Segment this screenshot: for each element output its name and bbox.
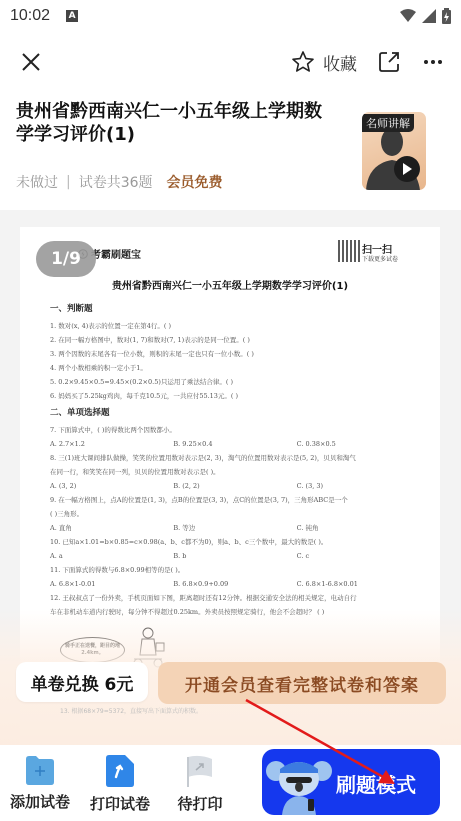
- member-free-tag: 会员免费: [167, 172, 223, 192]
- question: 11. 下面算式的得数与6.8×0.99相等的是( )。: [50, 563, 420, 577]
- scan-subtitle: 下载更多试卷: [362, 254, 398, 263]
- print-paper-label: 打印试卷: [90, 793, 150, 814]
- question: 6. 妈妈买了5.25kg鸡肉，每千克10.5元，一共应付55.13元。( ): [50, 389, 420, 403]
- print-paper-button[interactable]: 打印试卷: [85, 755, 155, 814]
- favorite-button[interactable]: 收藏: [291, 50, 357, 75]
- top-bar: 收藏: [0, 40, 461, 84]
- question: 在同一行，和笑笑在同一列，贝贝的位置用数对表示是( )。: [50, 465, 420, 479]
- question: 1. 数对(x, 4)表示的位置一定在第4行。( ): [50, 319, 420, 333]
- status-bar: 10:02 A: [0, 0, 461, 32]
- faded-question: 13. 根据68×79=5372，直接写出下面算式的积数。: [60, 705, 202, 719]
- question-count: 试卷共36题: [79, 172, 153, 192]
- practice-mode-button[interactable]: 刷题模式: [262, 749, 440, 815]
- folder-add-icon: [26, 755, 54, 785]
- play-button[interactable]: [394, 156, 420, 182]
- options: A. 直角B. 等边C. 钝角: [50, 521, 420, 535]
- pending-print-label: 待打印: [177, 793, 222, 814]
- meta-separator: |: [66, 174, 71, 190]
- more-button[interactable]: [423, 59, 443, 65]
- close-icon: [21, 52, 41, 72]
- question: 2. 在同一幅方格图中，数对(1, 7)和数对(7, 1)表示的是同一位置。( …: [50, 333, 420, 347]
- paper-meta: 未做过 | 试卷共36题 会员免费: [16, 172, 223, 192]
- open-membership-button[interactable]: 开通会员查看完整试卷和答案: [158, 662, 446, 704]
- share-button[interactable]: [377, 50, 401, 74]
- question: 7. 下面算式中，( )的得数比两个因数都小。: [50, 423, 420, 437]
- koala-mascot-icon: [264, 749, 336, 815]
- section-heading: 一、判断题: [50, 299, 420, 319]
- teacher-video-thumbnail[interactable]: 名师讲解: [362, 112, 426, 190]
- practice-mode-label: 刷题模式: [336, 769, 416, 798]
- section-heading: 二、单项选择题: [50, 403, 420, 423]
- done-status: 未做过: [16, 172, 58, 192]
- signal-icon: [422, 9, 436, 23]
- notification-icon: A: [66, 10, 78, 22]
- options: A. 6.8×1-0.01B. 6.8×0.9+0.09C. 6.8×1-6.8…: [50, 577, 420, 591]
- options: A. aB. bC. c: [50, 549, 420, 563]
- bottom-toolbar: 添加试卷 打印试卷 待打印 刷题模式: [0, 745, 461, 821]
- question: 10. 已知a×1.01=b×0.85=c×0.98(a、b、c都不为0)，则a…: [50, 535, 420, 549]
- paper-heading: 贵州省黔西南兴仁一小五年级上学期数学学习评价(1): [20, 277, 440, 292]
- single-exchange-button[interactable]: 单卷兑换 6元: [16, 662, 148, 702]
- options: A. (3, 2)B. (2, 2)C. (3, 3): [50, 479, 420, 493]
- add-paper-button[interactable]: 添加试卷: [5, 755, 75, 812]
- question: 3. 两个因数的末尾各有一位小数，则积的末尾一定也只有一位小数。( ): [50, 347, 420, 361]
- question: 5. 0.2×9.45×0.5=9.45×(0.2×0.5)只运用了乘法结合律。…: [50, 375, 420, 389]
- share-icon: [377, 50, 401, 74]
- page-indicator: 1/9: [36, 241, 96, 277]
- more-icon: [423, 59, 443, 65]
- question: ( )三角形。: [50, 507, 420, 521]
- flag-icon: [186, 755, 214, 787]
- question: 4. 两个小数相乘的积一定小于1。: [50, 361, 420, 375]
- question: 9. 在一幅方格图上，点A的位置是(1, 3)，点B的位置是(3, 3)，点C的…: [50, 493, 420, 507]
- close-button[interactable]: [18, 49, 44, 75]
- star-icon: [291, 50, 315, 74]
- question: 12. 王叔叔点了一份外卖，手机页面如下图，距离超时还有12分钟。根据交通安全法…: [50, 591, 420, 605]
- paper-title: 贵州省黔西南兴仁一小五年级上学期数学学习评价(1): [16, 100, 336, 146]
- wifi-icon: [400, 9, 416, 23]
- qr-code: [338, 240, 360, 262]
- question: 8. 三(1)班大课间排队做操，笑笑的位置用数对表示是(2, 3)，淘气的位置用…: [50, 451, 420, 465]
- print-file-icon: [106, 755, 134, 787]
- video-tag: 名师讲解: [362, 114, 414, 132]
- question-list: 一、判断题 1. 数对(x, 4)表示的位置一定在第4行。( ) 2. 在同一幅…: [50, 299, 420, 619]
- pending-print-button[interactable]: 待打印: [165, 755, 235, 814]
- add-paper-label: 添加试卷: [10, 791, 70, 812]
- favorite-label: 收藏: [323, 50, 357, 75]
- status-time: 10:02: [10, 7, 50, 25]
- options: A. 2.7×1.2B. 9.25×0.4C. 0.38×0.5: [50, 437, 420, 451]
- play-icon: [402, 163, 412, 175]
- battery-icon: [442, 8, 451, 24]
